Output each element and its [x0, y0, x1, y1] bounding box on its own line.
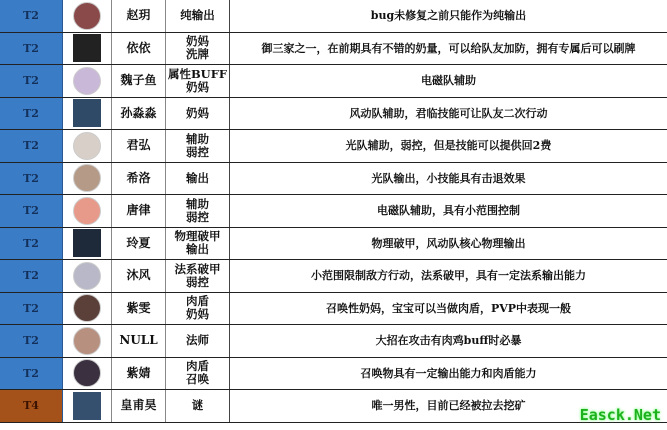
description-cell: 召唤性奶妈，宝宝可以当做肉盾，PVP中表现一般 [230, 292, 667, 325]
table-row: T2紫婧肉盾 召唤召唤物具有一定输出能力和肉盾能力 [0, 357, 667, 390]
description-cell: 物理破甲，风动队核心物理输出 [230, 227, 667, 260]
avatar-cell [63, 162, 112, 195]
watermark: Easck.Net [580, 406, 661, 424]
table-row: T2依依奶妈 洗牌御三家之一，在前期具有不错的奶量，可以给队友加防，拥有专属后可… [0, 32, 667, 65]
description-cell: 大招在攻击有肉鸡buff时必暴 [230, 325, 667, 358]
tier-cell: T2 [0, 65, 63, 98]
avatar [73, 132, 101, 160]
tier-cell: T2 [0, 260, 63, 293]
description-cell: 电磁队辅助 [230, 65, 667, 98]
role-cell: 纯输出 [166, 0, 230, 32]
role-cell: 辅助 弱控 [166, 195, 230, 228]
description-cell: 小范围限制敌方行动，法系破甲，具有一定法系输出能力 [230, 260, 667, 293]
tier-cell: T2 [0, 0, 63, 32]
name-cell: 希洛 [112, 162, 166, 195]
description-cell: bug未修复之前只能作为纯输出 [230, 0, 667, 32]
table-row: T2希洛输出光队输出，小技能具有击退效果 [0, 162, 667, 195]
avatar [73, 359, 101, 387]
name-cell: 唐律 [112, 195, 166, 228]
table-row: T2紫雯肉盾 奶妈召唤性奶妈，宝宝可以当做肉盾，PVP中表现一般 [0, 292, 667, 325]
name-cell: 赵玥 [112, 0, 166, 32]
avatar-cell [63, 0, 112, 32]
avatar-cell [63, 325, 112, 358]
description-cell: 电磁队辅助，具有小范围控制 [230, 195, 667, 228]
name-cell: 依依 [112, 32, 166, 65]
name-cell: 孙淼淼 [112, 97, 166, 130]
description-cell: 召唤物具有一定输出能力和肉盾能力 [230, 357, 667, 390]
avatar-cell [63, 357, 112, 390]
tier-cell: T2 [0, 32, 63, 65]
avatar-cell [63, 195, 112, 228]
description-cell: 光队输出，小技能具有击退效果 [230, 162, 667, 195]
avatar-cell [63, 227, 112, 260]
tier-cell: T2 [0, 357, 63, 390]
description-cell: 御三家之一，在前期具有不错的奶量，可以给队友加防，拥有专属后可以刷牌 [230, 32, 667, 65]
role-cell: 法师 [166, 325, 230, 358]
table-row: T2孙淼淼奶妈风动队辅助，君临技能可让队友二次行动 [0, 97, 667, 130]
role-cell: 属性BUFF 奶妈 [166, 65, 230, 98]
role-cell: 输出 [166, 162, 230, 195]
description-cell: 光队辅助，弱控，但是技能可以提供回2费 [230, 130, 667, 163]
tier-cell: T2 [0, 162, 63, 195]
avatar-cell [63, 97, 112, 130]
role-cell: 物理破甲 输出 [166, 227, 230, 260]
avatar [73, 392, 101, 420]
avatar [73, 67, 101, 95]
role-cell: 肉盾 奶妈 [166, 292, 230, 325]
table-row: T2赵玥纯输出bug未修复之前只能作为纯输出 [0, 0, 667, 32]
avatar [73, 294, 101, 322]
tier-cell: T2 [0, 227, 63, 260]
tier-cell: T2 [0, 97, 63, 130]
avatar-cell [63, 130, 112, 163]
role-cell: 谜 [166, 390, 230, 423]
avatar [73, 327, 101, 355]
name-cell: 紫雯 [112, 292, 166, 325]
avatar-cell [63, 32, 112, 65]
avatar [73, 229, 101, 257]
name-cell: 魏子鱼 [112, 65, 166, 98]
role-cell: 法系破甲 弱控 [166, 260, 230, 293]
avatar [73, 2, 101, 30]
name-cell: 玲夏 [112, 227, 166, 260]
avatar-cell [63, 65, 112, 98]
table-row: T4皇甫昊谜唯一男性，目前已经被拉去挖矿 [0, 390, 667, 423]
tier-list-table: T2赵玥纯输出bug未修复之前只能作为纯输出T2依依奶妈 洗牌御三家之一，在前期… [0, 0, 667, 423]
avatar-cell [63, 390, 112, 423]
avatar-cell [63, 292, 112, 325]
avatar-cell [63, 260, 112, 293]
role-cell: 肉盾 召唤 [166, 357, 230, 390]
avatar [73, 262, 101, 290]
table-row: T2沐风法系破甲 弱控小范围限制敌方行动，法系破甲，具有一定法系输出能力 [0, 260, 667, 293]
tier-cell: T2 [0, 325, 63, 358]
description-cell: 风动队辅助，君临技能可让队友二次行动 [230, 97, 667, 130]
name-cell: 君弘 [112, 130, 166, 163]
table-row: T2唐律辅助 弱控电磁队辅助，具有小范围控制 [0, 195, 667, 228]
avatar [73, 197, 101, 225]
tier-cell: T2 [0, 195, 63, 228]
role-cell: 奶妈 洗牌 [166, 32, 230, 65]
tier-cell: T4 [0, 390, 63, 423]
avatar [73, 34, 101, 62]
role-cell: 奶妈 [166, 97, 230, 130]
tier-cell: T2 [0, 292, 63, 325]
role-cell: 辅助 弱控 [166, 130, 230, 163]
table-row: T2魏子鱼属性BUFF 奶妈电磁队辅助 [0, 65, 667, 98]
table-row: T2玲夏物理破甲 输出物理破甲，风动队核心物理输出 [0, 227, 667, 260]
name-cell: NULL [112, 325, 166, 358]
name-cell: 皇甫昊 [112, 390, 166, 423]
table-row: T2NULL法师大招在攻击有肉鸡buff时必暴 [0, 325, 667, 358]
tier-cell: T2 [0, 130, 63, 163]
avatar [73, 99, 101, 127]
table-row: T2君弘辅助 弱控光队辅助，弱控，但是技能可以提供回2费 [0, 130, 667, 163]
name-cell: 紫婧 [112, 357, 166, 390]
name-cell: 沐风 [112, 260, 166, 293]
avatar [73, 164, 101, 192]
